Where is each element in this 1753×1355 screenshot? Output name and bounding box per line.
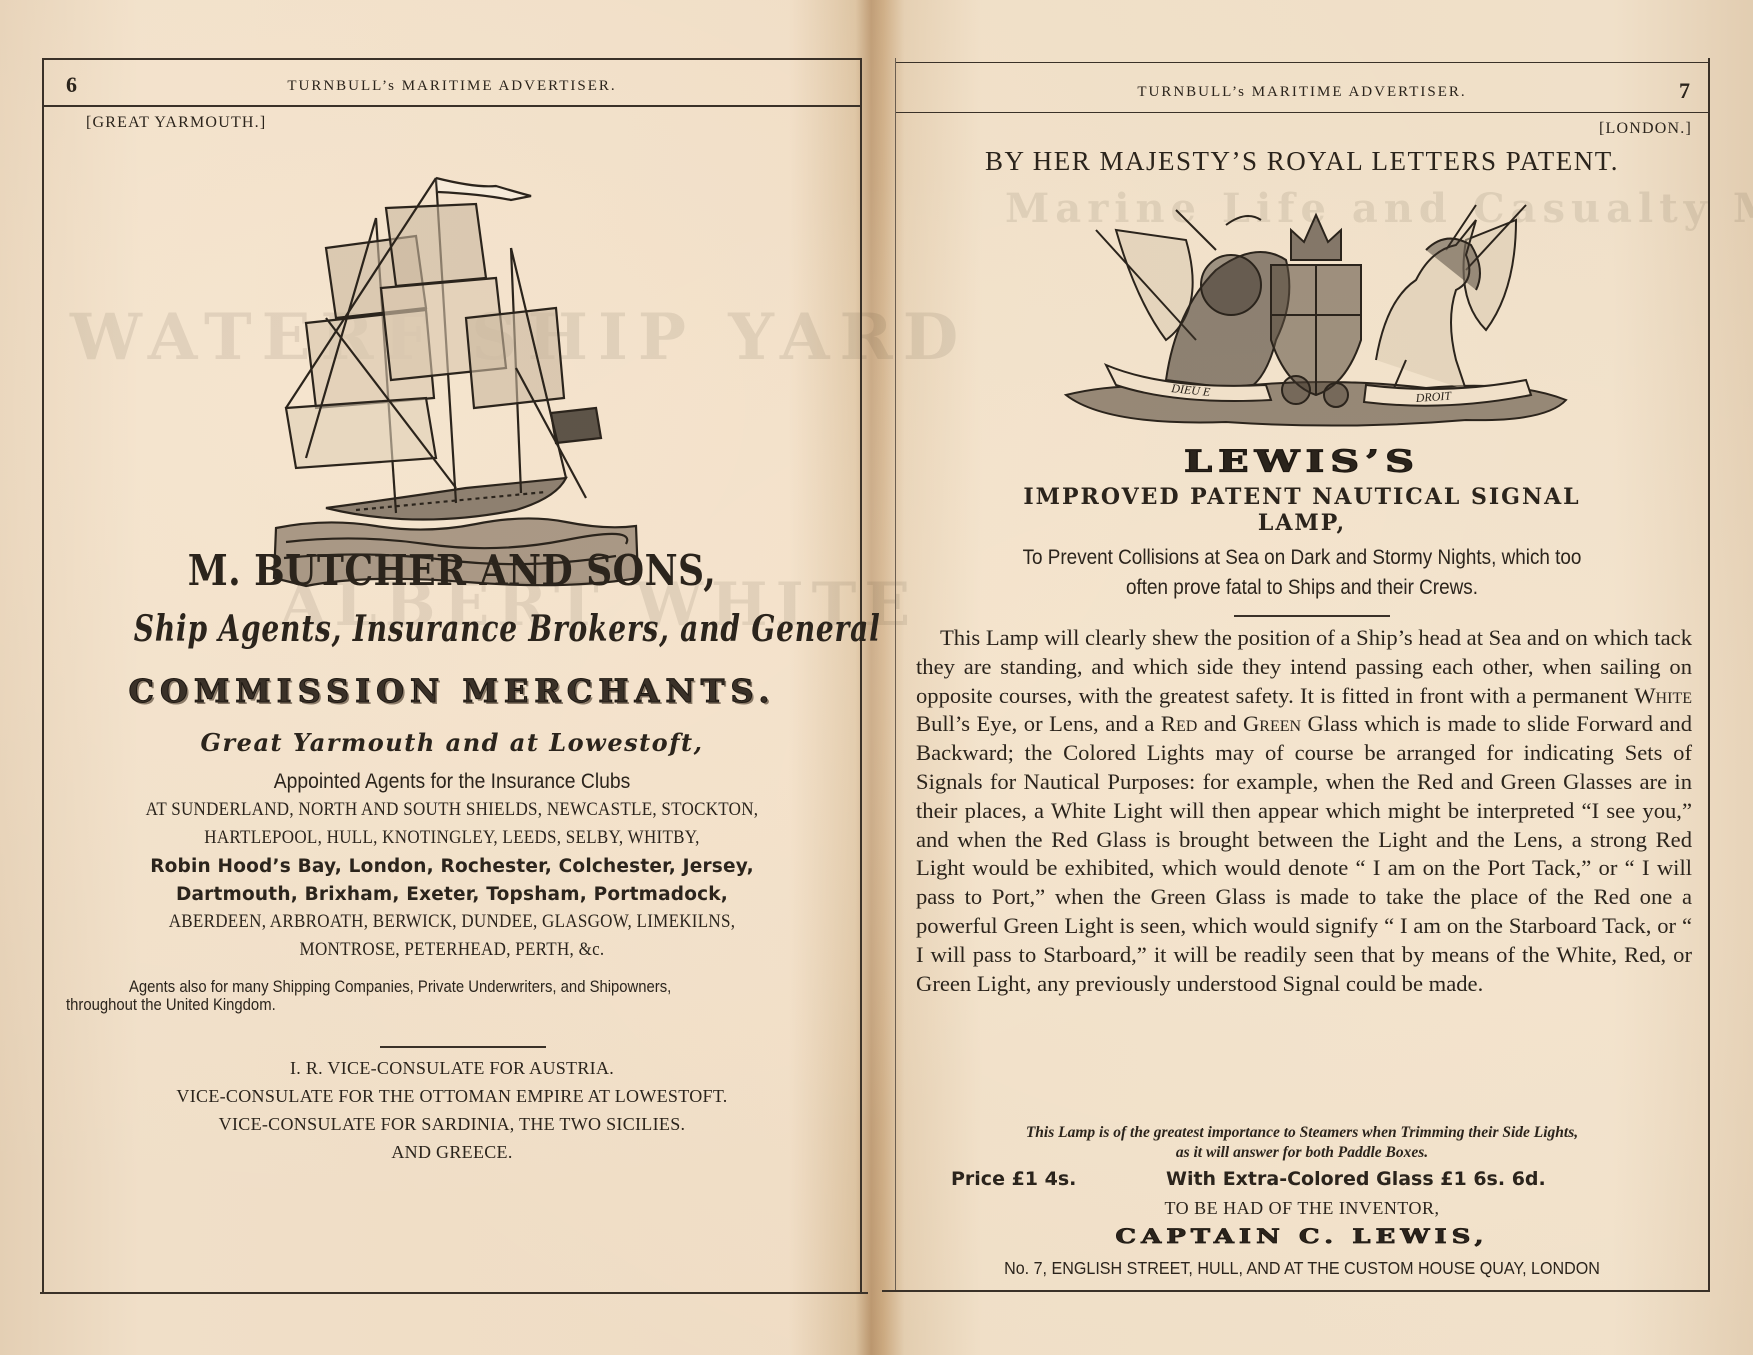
locale-label: [GREAT YARMOUTH.] [86, 114, 266, 132]
royal-coat-of-arms-icon: DIEU E DROIT [1046, 190, 1586, 430]
page-header: TURNBULL’s MARITIME ADVERTISER. 7 [896, 66, 1708, 106]
footer-rule [882, 1290, 1710, 1292]
body-text: This Lamp will clearly shew the position… [916, 625, 1692, 708]
running-head: TURNBULL’s MARITIME ADVERTISER. [44, 78, 860, 95]
price-extra: With Extra-Colored Glass £1 6s. 6d. [1166, 1168, 1546, 1190]
purpose-line: often prove fatal to Ships and their Cre… [937, 576, 1668, 600]
agents-also-line: Agents also for many Shipping Companies,… [66, 978, 766, 996]
page-header: 6 TURNBULL’s MARITIME ADVERTISER. [44, 66, 860, 106]
body-text: and [1197, 711, 1243, 736]
price: Price £1 4s. [951, 1168, 1076, 1190]
motto-right: DROIT [1414, 388, 1453, 405]
ports-line-bold: Robin Hood’s Bay, London, Rochester, Col… [44, 856, 860, 877]
book-spread: WATERF SHIP YARD ALBERT WHITE 6 TURNBULL… [0, 0, 1753, 1355]
section-divider [380, 1046, 546, 1048]
inventor-address: No. 7, ENGLISH STREET, HULL, AND AT THE … [928, 1258, 1675, 1279]
description-body: This Lamp will clearly shew the position… [916, 624, 1692, 998]
page-frame: TURNBULL’s MARITIME ADVERTISER. 7 [LONDO… [895, 58, 1710, 1290]
appointed-agents-heading: Appointed Agents for the Insurance Clubs [77, 770, 828, 794]
right-page: Marine Life and Casualty Mutual TURNBULL… [885, 0, 1753, 1355]
sailing-ship-icon [266, 158, 646, 598]
description-paragraph: This Lamp will clearly shew the position… [916, 624, 1692, 998]
body-text-green: Green [1243, 711, 1301, 736]
header-rule-bottom [896, 112, 1708, 113]
product-title: IMPROVED PATENT NAUTICAL SIGNAL [896, 484, 1708, 510]
to-be-had: TO BE HAD OF THE INVENTOR, [896, 1198, 1708, 1219]
body-text-red: Red [1161, 711, 1197, 736]
header-rule-top [44, 58, 860, 60]
header-rule-bottom [44, 105, 860, 107]
consular-line: I. R. VICE-CONSULATE FOR AUSTRIA. [44, 1058, 860, 1079]
agents-also-line: throughout the United Kingdom. [66, 996, 766, 1014]
ports-line-bold: Dartmouth, Brixham, Exeter, Topsham, Por… [44, 884, 860, 905]
header-rule-top [896, 62, 1708, 63]
inventor-name: CAPTAIN C. LEWIS, [896, 1226, 1708, 1249]
purpose-line: To Prevent Collisions at Sea on Dark and… [937, 546, 1668, 570]
page-number: 7 [1679, 78, 1690, 104]
product-title-2: LAMP, [896, 510, 1708, 536]
firm-description-ornate: COMMISSION MERCHANTS. [44, 672, 860, 710]
running-head: TURNBULL’s MARITIME ADVERTISER. [896, 84, 1708, 101]
body-text-white: White [1634, 683, 1692, 708]
body-text: Bull’s Eye, or Lens, and a [916, 711, 1161, 736]
ports-line: HARTLEPOOL, HULL, KNOTINGLEY, LEEDS, SEL… [77, 828, 828, 849]
firm-locations: Great Yarmouth and at Lowestoft, [44, 728, 860, 757]
steamer-note: as it will answer for both Paddle Boxes. [896, 1144, 1708, 1162]
footer-rule [40, 1292, 868, 1294]
consular-line: VICE-CONSULATE FOR SARDINIA, THE TWO SIC… [44, 1114, 860, 1135]
ports-line: AT SUNDERLAND, NORTH AND SOUTH SHIELDS, … [77, 800, 828, 821]
steamer-note: This Lamp is of the greatest importance … [896, 1124, 1708, 1142]
ports-line: MONTROSE, PETERHEAD, PERTH, &c. [77, 940, 828, 961]
body-text: Glass which is made to slide Forward and… [916, 711, 1692, 995]
left-page: WATERF SHIP YARD ALBERT WHITE 6 TURNBULL… [0, 0, 870, 1355]
firm-description: Ship Agents, Insurance Brokers, and Gene… [134, 608, 770, 650]
section-divider [1234, 615, 1390, 617]
page-frame: 6 TURNBULL’s MARITIME ADVERTISER. [GREAT… [42, 58, 862, 1294]
patent-heading: BY HER MAJESTY’S ROYAL LETTERS PATENT. [896, 146, 1708, 177]
product-name: LEWIS’S [896, 444, 1708, 479]
firm-name: M. BUTCHER AND SONS, [101, 546, 803, 595]
locale-label: [LONDON.] [1599, 120, 1692, 138]
consular-line: AND GREECE. [44, 1142, 860, 1163]
agents-also-text: Agents also for many Shipping Companies,… [66, 978, 844, 1014]
consular-line: VICE-CONSULATE FOR THE OTTOMAN EMPIRE AT… [44, 1086, 860, 1107]
ports-line: ABERDEEN, ARBROATH, BERWICK, DUNDEE, GLA… [77, 912, 828, 933]
